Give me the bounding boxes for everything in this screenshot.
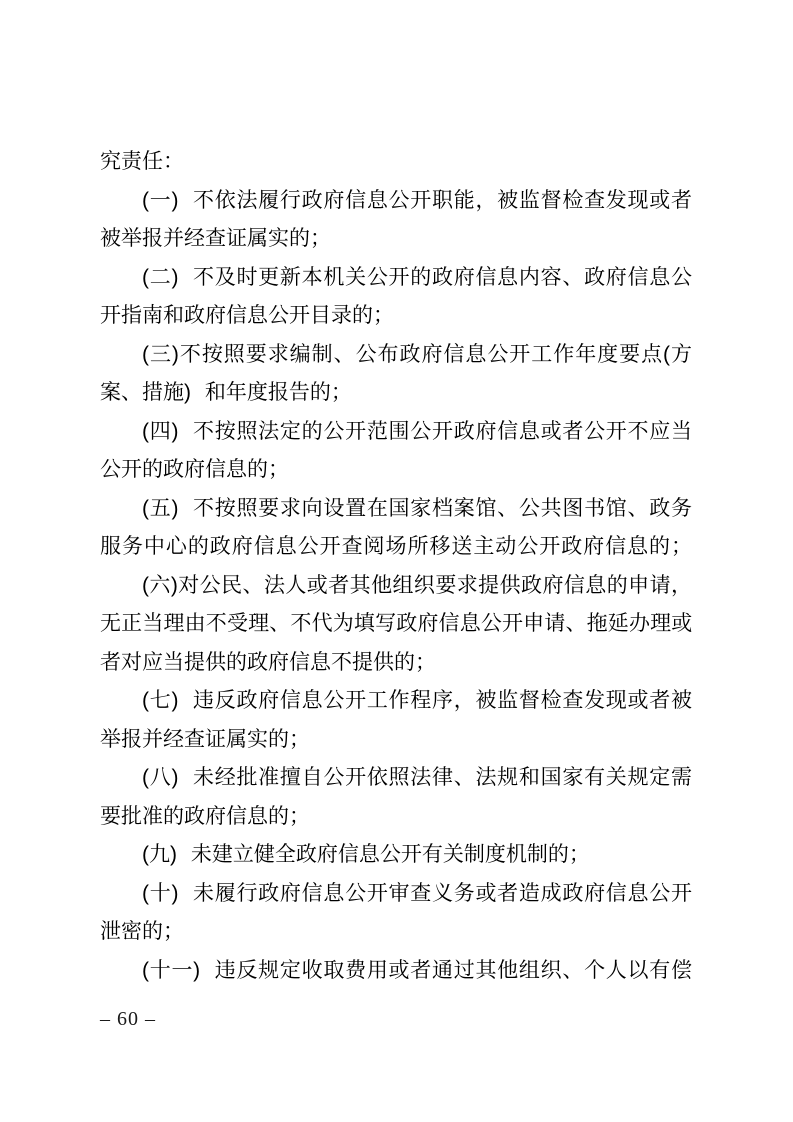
text-line: 公开的政府信息的； — [100, 451, 692, 490]
text-line: 开指南和政府信息公开目录的； — [100, 297, 692, 336]
text-line: 被举报并经查证属实的； — [100, 220, 692, 259]
text-line: (六)对公民、法人或者其他组织要求提供政府信息的申请， — [100, 567, 692, 606]
text-line: (三)不按照要求编制、公布政府信息公开工作年度要点(方 — [100, 336, 692, 375]
text-line: (十一) 违反规定收取费用或者通过其他组织、个人以有偿 — [100, 952, 692, 991]
text-line: (八) 未经批准擅自公开依照法律、法规和国家有关规定需 — [100, 759, 692, 798]
document-body: 究责任：(一) 不依法履行政府信息公开职能，被监督检查发现或者被举报并经查证属实… — [100, 143, 692, 990]
text-line: (四) 不按照法定的公开范围公开政府信息或者公开不应当 — [100, 413, 692, 452]
page-number: – 60 – — [100, 1008, 156, 1030]
text-line: (五) 不按照要求向设置在国家档案馆、公共图书馆、政务 — [100, 490, 692, 529]
document-page: 究责任：(一) 不依法履行政府信息公开职能，被监督检查发现或者被举报并经查证属实… — [0, 0, 793, 1122]
text-line: 者对应当提供的政府信息不提供的； — [100, 644, 692, 683]
text-line: (十) 未履行政府信息公开审查义务或者造成政府信息公开 — [100, 875, 692, 914]
text-line: 举报并经查证属实的； — [100, 721, 692, 760]
text-line: 无正当理由不受理、不代为填写政府信息公开申请、拖延办理或 — [100, 605, 692, 644]
text-line: 究责任： — [100, 143, 692, 182]
text-line: (二) 不及时更新本机关公开的政府信息内容、政府信息公 — [100, 259, 692, 298]
text-line: (九) 未建立健全政府信息公开有关制度机制的； — [100, 836, 692, 875]
text-line: 要批准的政府信息的； — [100, 798, 692, 837]
text-line: (七) 违反政府信息公开工作程序，被监督检查发现或者被 — [100, 682, 692, 721]
text-line: 泄密的； — [100, 913, 692, 952]
text-line: (一) 不依法履行政府信息公开职能，被监督检查发现或者 — [100, 182, 692, 221]
text-line: 服务中心的政府信息公开查阅场所移送主动公开政府信息的； — [100, 528, 692, 567]
text-line: 案、措施) 和年度报告的； — [100, 374, 692, 413]
